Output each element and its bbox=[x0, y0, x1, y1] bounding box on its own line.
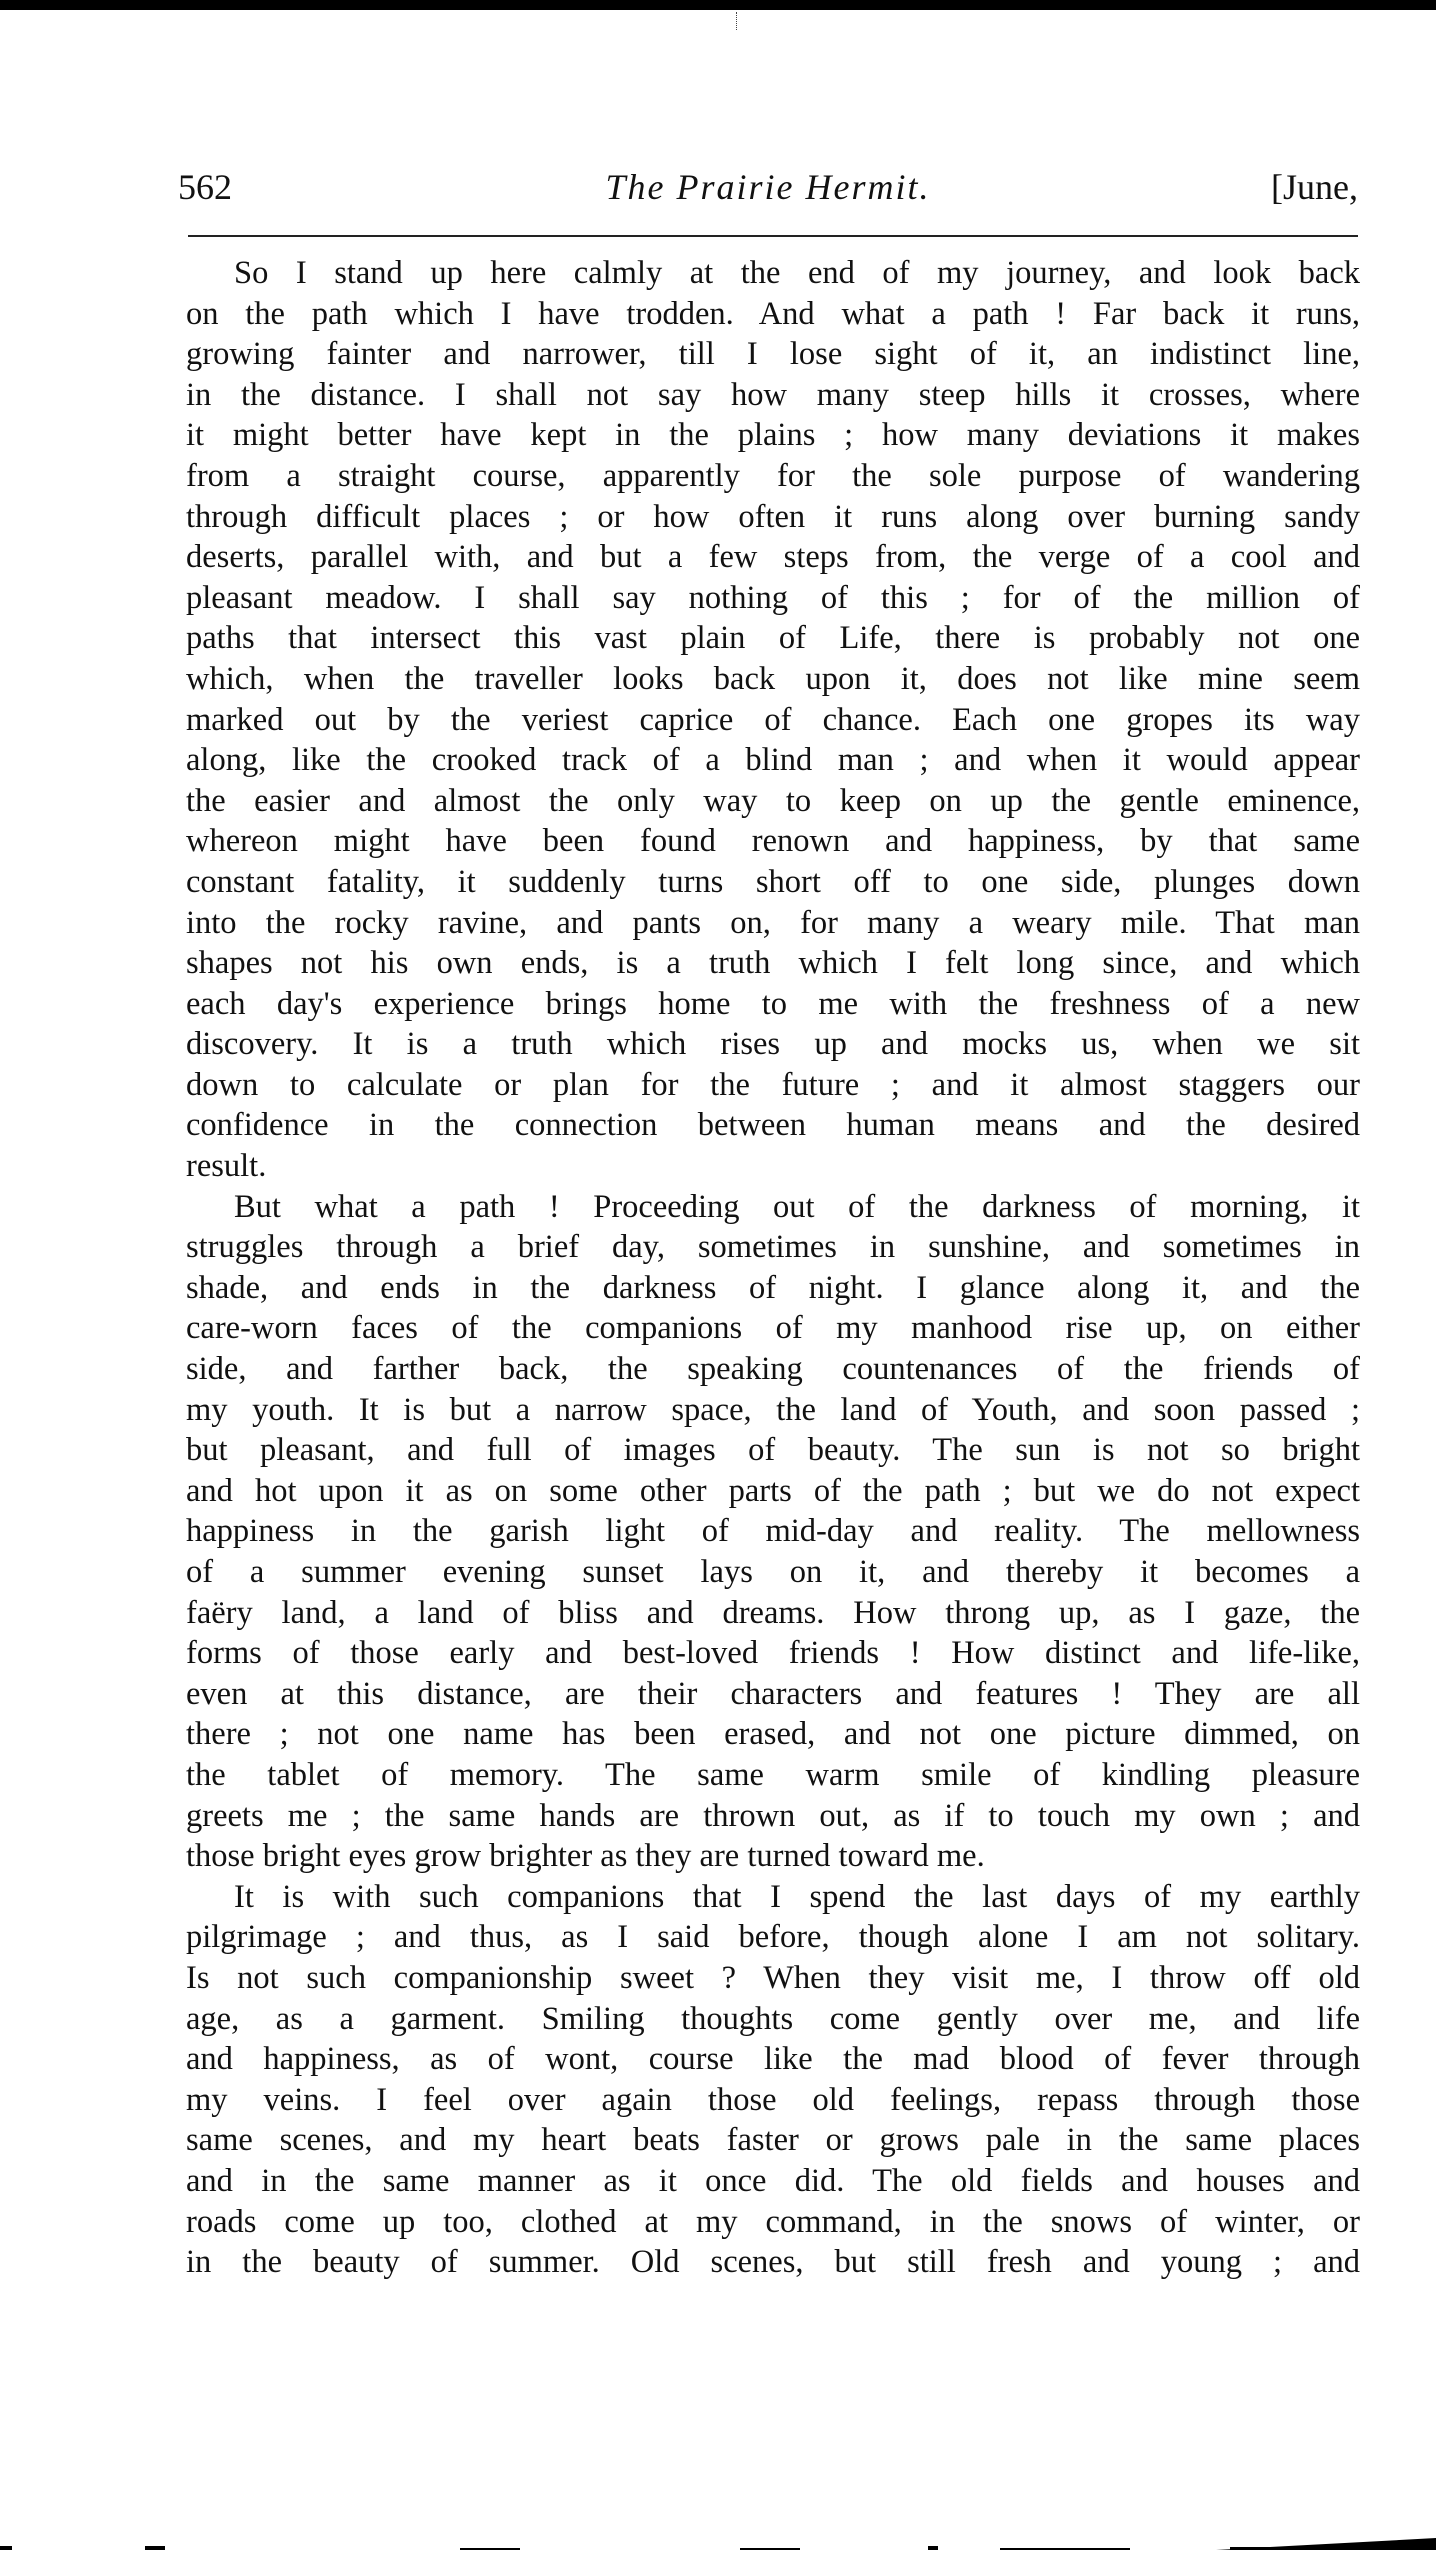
running-head: 562 The Prairie Hermit. [June, bbox=[178, 166, 1358, 216]
body-text: So I stand up here calmly at the end of … bbox=[186, 253, 1360, 2283]
text-line: each day's experience brings home to me … bbox=[186, 984, 1360, 1025]
text-line: but pleasant, and full of images of beau… bbox=[186, 1430, 1360, 1471]
text-line: even at this distance, are their charact… bbox=[186, 1674, 1360, 1715]
paragraph-1: So I stand up here calmly at the end of … bbox=[186, 253, 1360, 1187]
text-line: there ; not one name has been erased, an… bbox=[186, 1714, 1360, 1755]
text-line: It is with such companions that I spend … bbox=[186, 1877, 1360, 1918]
text-line: the tablet of memory. The same warm smil… bbox=[186, 1755, 1360, 1796]
text-line: struggles through a brief day, sometimes… bbox=[186, 1227, 1360, 1268]
text-line: same scenes, and my heart beats faster o… bbox=[186, 2120, 1360, 2161]
text-line: result. bbox=[186, 1146, 1360, 1187]
text-line: my veins. I feel over again those old fe… bbox=[186, 2080, 1360, 2121]
text-line: down to calculate or plan for the future… bbox=[186, 1065, 1360, 1106]
text-line: deserts, parallel with, and but a few st… bbox=[186, 537, 1360, 578]
text-line: through difficult places ; or how often … bbox=[186, 497, 1360, 538]
scan-speck bbox=[736, 12, 740, 30]
text-line: roads come up too, clothed at my command… bbox=[186, 2202, 1360, 2243]
scan-top-edge bbox=[0, 0, 1436, 10]
text-line: care-worn faces of the companions of my … bbox=[186, 1308, 1360, 1349]
text-line: it might better have kept in the plains … bbox=[186, 415, 1360, 456]
text-line: and happiness, as of wont, course like t… bbox=[186, 2039, 1360, 2080]
text-line: shade, and ends in the darkness of night… bbox=[186, 1268, 1360, 1309]
text-line: discovery. It is a truth which rises up … bbox=[186, 1024, 1360, 1065]
text-line: greets me ; the same hands are thrown ou… bbox=[186, 1796, 1360, 1837]
text-line: forms of those early and best-loved frie… bbox=[186, 1633, 1360, 1674]
text-line: on the path which I have trodden. And wh… bbox=[186, 294, 1360, 335]
text-line: growing fainter and narrower, till I los… bbox=[186, 334, 1360, 375]
text-line: pilgrimage ; and thus, as I said before,… bbox=[186, 1917, 1360, 1958]
text-line: those bright eyes grow brighter as they … bbox=[186, 1836, 1360, 1877]
text-line: and in the same manner as it once did. T… bbox=[186, 2161, 1360, 2202]
text-line: my youth. It is but a narrow space, the … bbox=[186, 1390, 1360, 1431]
text-line: confidence in the connection between hum… bbox=[186, 1105, 1360, 1146]
scan-corner-shadow bbox=[1216, 2538, 1436, 2550]
text-line: from a straight course, apparently for t… bbox=[186, 456, 1360, 497]
text-line: faëry land, a land of bliss and dreams. … bbox=[186, 1593, 1360, 1634]
text-line: But what a path ! Proceeding out of the … bbox=[186, 1187, 1360, 1228]
running-title: The Prairie Hermit. bbox=[178, 166, 1358, 208]
text-line: into the rocky ravine, and pants on, for… bbox=[186, 903, 1360, 944]
running-date: [June, bbox=[1271, 166, 1358, 208]
text-line: paths that intersect this vast plain of … bbox=[186, 618, 1360, 659]
text-line: along, like the crooked track of a blind… bbox=[186, 740, 1360, 781]
text-line: constant fatality, it suddenly turns sho… bbox=[186, 862, 1360, 903]
text-line: the easier and almost the only way to ke… bbox=[186, 781, 1360, 822]
text-line: pleasant meadow. I shall say nothing of … bbox=[186, 578, 1360, 619]
text-line: age, as a garment. Smiling thoughts come… bbox=[186, 1999, 1360, 2040]
text-line: whereon might have been found renown and… bbox=[186, 821, 1360, 862]
text-line: Is not such companionship sweet ? When t… bbox=[186, 1958, 1360, 1999]
header-rule bbox=[188, 235, 1358, 237]
text-line: side, and farther back, the speaking cou… bbox=[186, 1349, 1360, 1390]
text-line: of a summer evening sunset lays on it, a… bbox=[186, 1552, 1360, 1593]
text-line: marked out by the veriest caprice of cha… bbox=[186, 700, 1360, 741]
text-line: in the distance. I shall not say how man… bbox=[186, 375, 1360, 416]
text-line: in the beauty of summer. Old scenes, but… bbox=[186, 2242, 1360, 2283]
text-line: which, when the traveller looks back upo… bbox=[186, 659, 1360, 700]
paragraph-2: But what a path ! Proceeding out of the … bbox=[186, 1187, 1360, 1877]
paragraph-3: It is with such companions that I spend … bbox=[186, 1877, 1360, 2283]
text-line: shapes not his own ends, is a truth whic… bbox=[186, 943, 1360, 984]
text-line: So I stand up here calmly at the end of … bbox=[186, 253, 1360, 294]
text-line: and hot upon it as on some other parts o… bbox=[186, 1471, 1360, 1512]
text-line: happiness in the garish light of mid-day… bbox=[186, 1511, 1360, 1552]
